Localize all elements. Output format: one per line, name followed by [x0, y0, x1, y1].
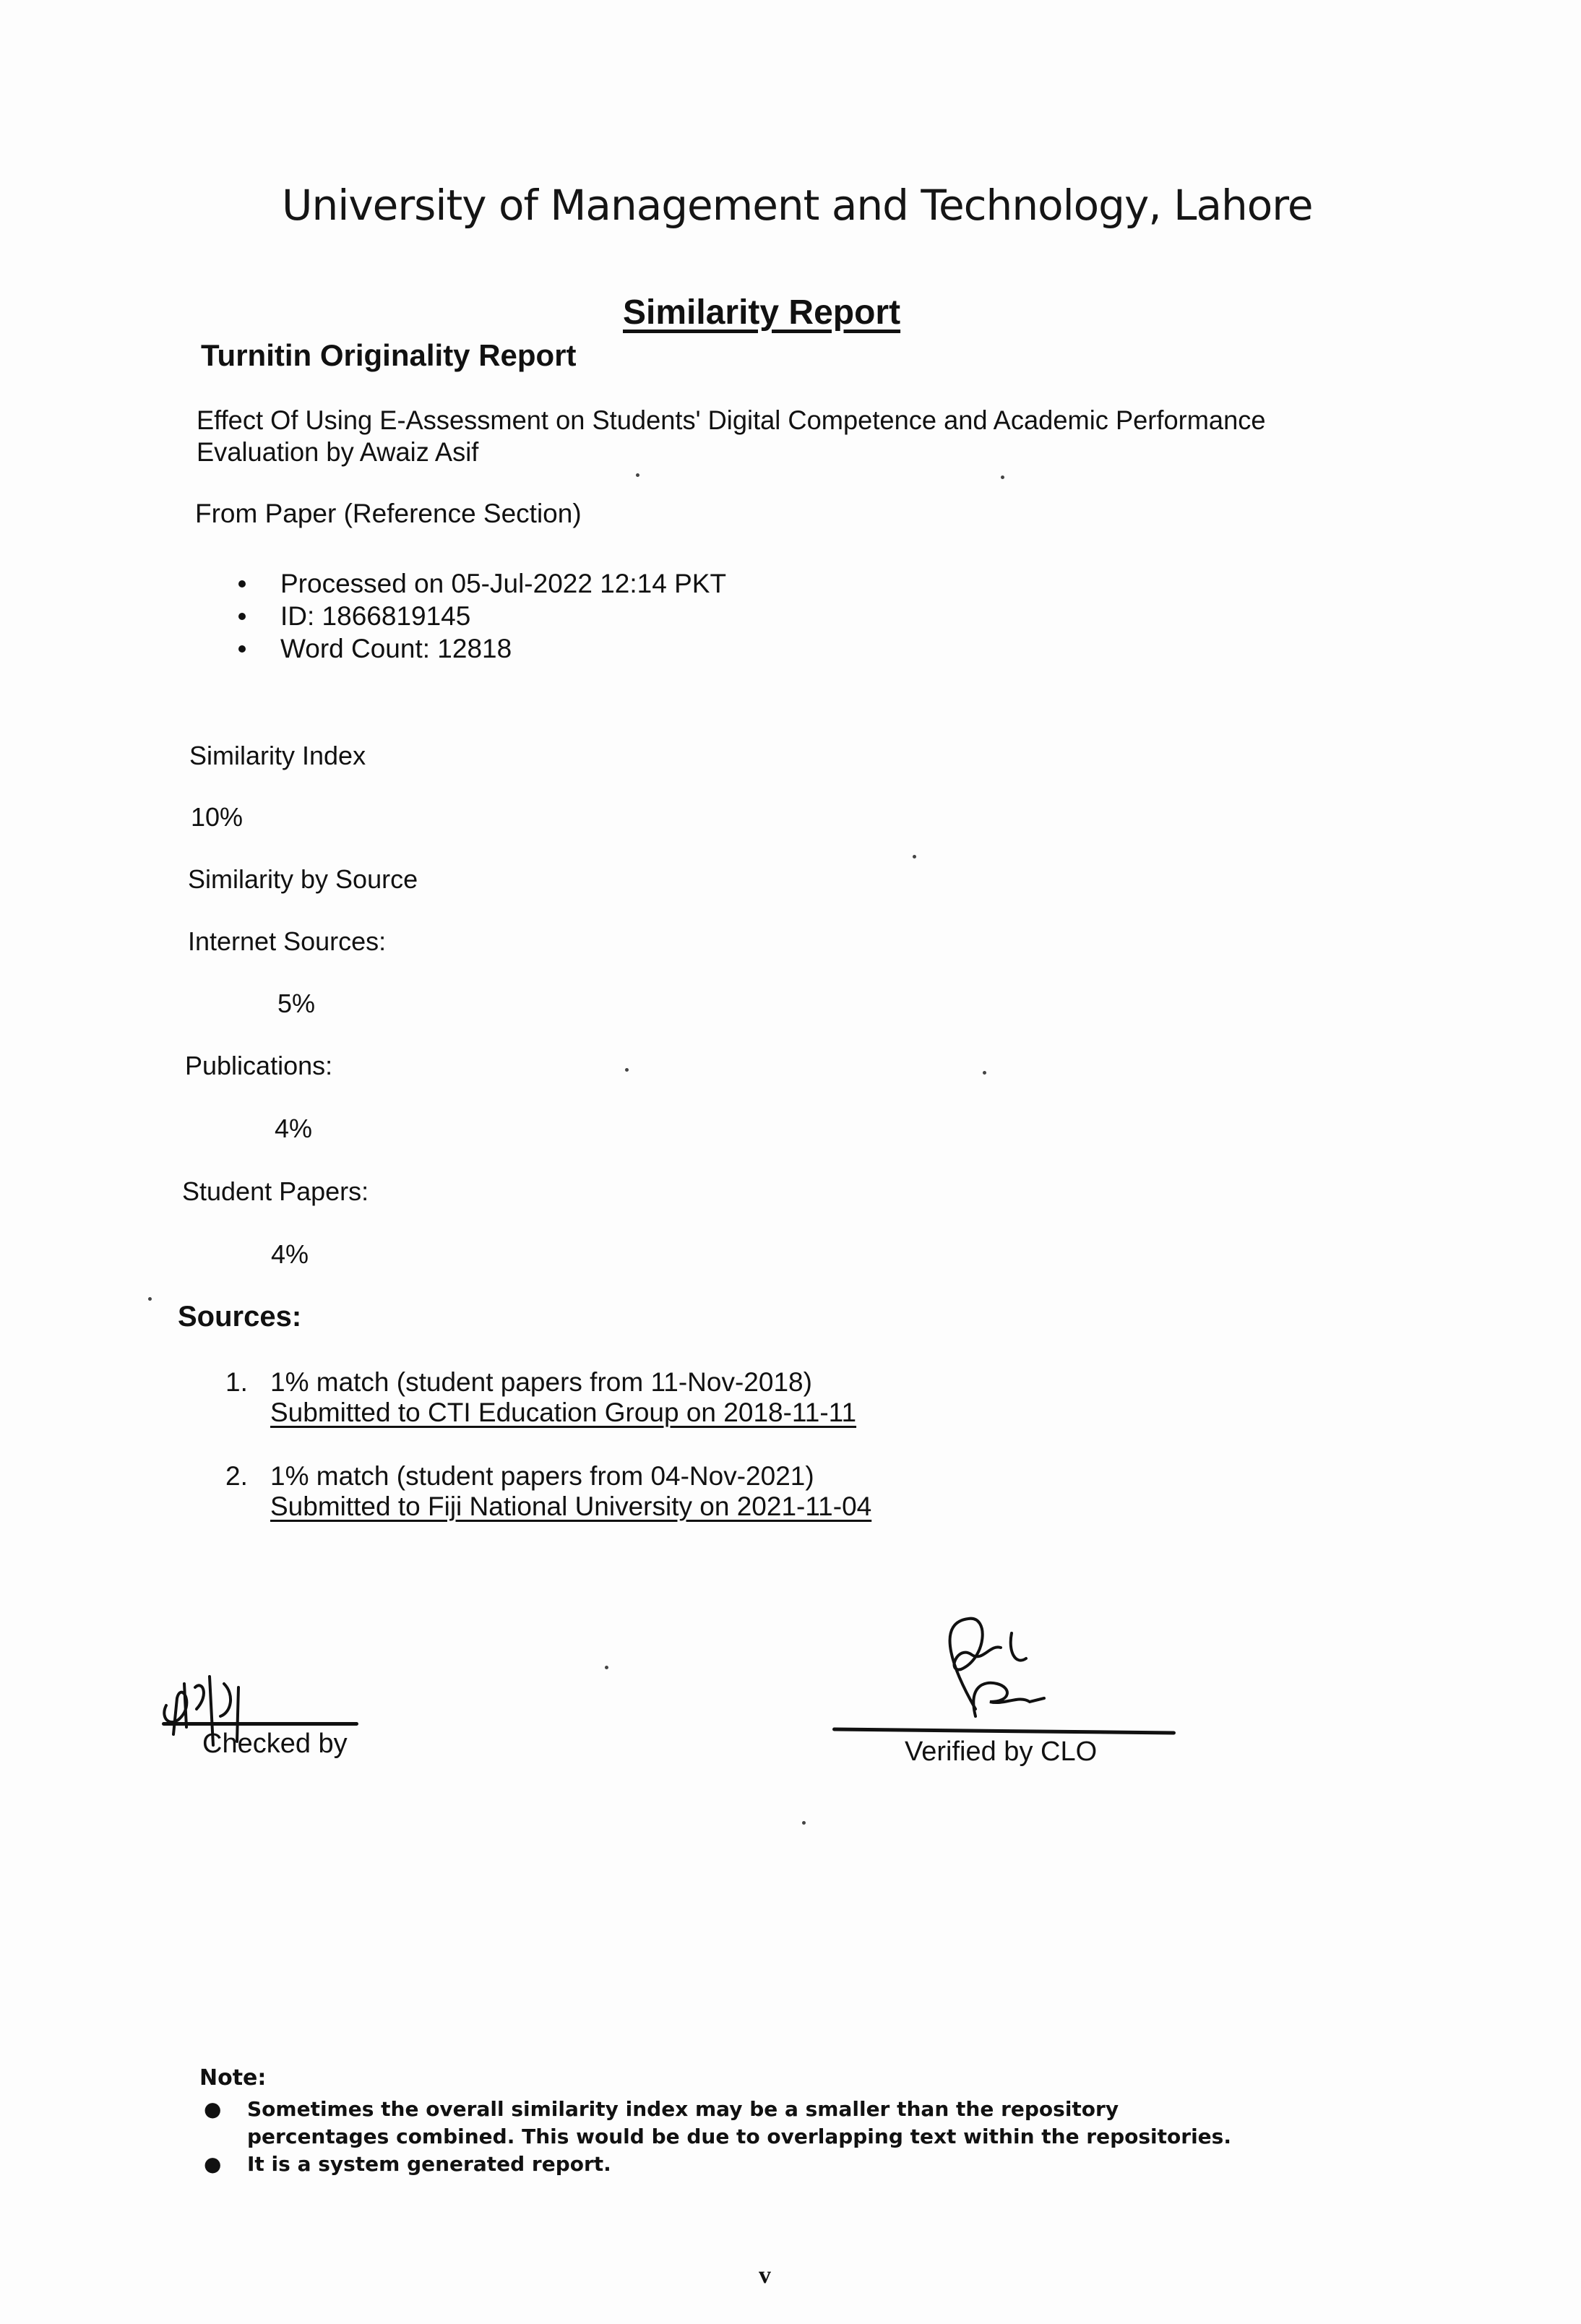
meta-processed: Processed on 05-Jul-2022 12:14 PKT	[238, 567, 726, 600]
verified-by-label: Verified by CLO	[905, 1736, 1097, 1768]
source-match: 1% match (student papers from 11-Nov-201…	[270, 1367, 812, 1397]
bullet-icon	[238, 580, 246, 588]
scan-speck	[636, 473, 639, 477]
paper-meta-list: Processed on 05-Jul-2022 12:14 PKT ID: 1…	[238, 567, 726, 665]
page-number: v	[759, 2262, 771, 2289]
source-link[interactable]: Submitted to Fiji National University on…	[270, 1492, 871, 1522]
source-item: 2.1% match (student papers from 04-Nov-2…	[225, 1461, 871, 1522]
paper-source: From Paper (Reference Section)	[195, 499, 582, 529]
note-item: ●It is a system generated report.	[204, 2151, 1259, 2178]
institution-title: University of Management and Technology,…	[282, 181, 1313, 230]
scan-speck	[605, 1666, 608, 1669]
scan-speck	[625, 1068, 629, 1072]
bullet-icon: ●	[204, 2151, 247, 2178]
source-link[interactable]: Submitted to CTI Education Group on 2018…	[270, 1398, 856, 1428]
source-number: 1.	[225, 1367, 270, 1398]
source-match: 1% match (student papers from 04-Nov-202…	[270, 1461, 814, 1491]
scan-speck	[913, 855, 916, 858]
source-item: 1.1% match (student papers from 11-Nov-2…	[225, 1367, 856, 1428]
note-list: ●Sometimes the overall similarity index …	[204, 2096, 1259, 2178]
internet-sources-label: Internet Sources:	[188, 926, 386, 957]
paper-title: Effect Of Using E-Assessment on Students…	[197, 405, 1330, 468]
bullet-icon	[238, 613, 246, 620]
similarity-by-source-label: Similarity by Source	[188, 864, 418, 895]
similarity-index-value: 10%	[191, 802, 243, 832]
bullet-icon	[238, 645, 246, 653]
checked-by-label: Checked by	[202, 1729, 348, 1760]
scan-speck	[802, 1821, 806, 1825]
publications-value: 4%	[275, 1114, 312, 1144]
student-papers-label: Student Papers:	[182, 1176, 369, 1207]
meta-word-count: Word Count: 12818	[238, 632, 726, 665]
meta-id: ID: 1866819145	[238, 600, 726, 632]
student-papers-value: 4%	[271, 1239, 309, 1270]
note-heading: Note:	[199, 2065, 266, 2091]
bullet-icon: ●	[204, 2096, 247, 2151]
sources-heading: Sources:	[178, 1301, 301, 1333]
similarity-index-label: Similarity Index	[189, 741, 366, 771]
internet-sources-value: 5%	[277, 989, 315, 1019]
note-item: ●Sometimes the overall similarity index …	[204, 2096, 1259, 2151]
report-title: Similarity Report	[623, 293, 900, 332]
checked-by-line	[162, 1722, 358, 1726]
scan-speck	[983, 1071, 986, 1075]
publications-label: Publications:	[185, 1051, 332, 1081]
source-number: 2.	[225, 1461, 270, 1492]
scan-speck	[1001, 475, 1004, 479]
verified-by-signature-icon	[918, 1615, 1098, 1738]
scan-speck	[148, 1297, 152, 1301]
report-subtitle: Turnitin Originality Report	[201, 338, 577, 373]
